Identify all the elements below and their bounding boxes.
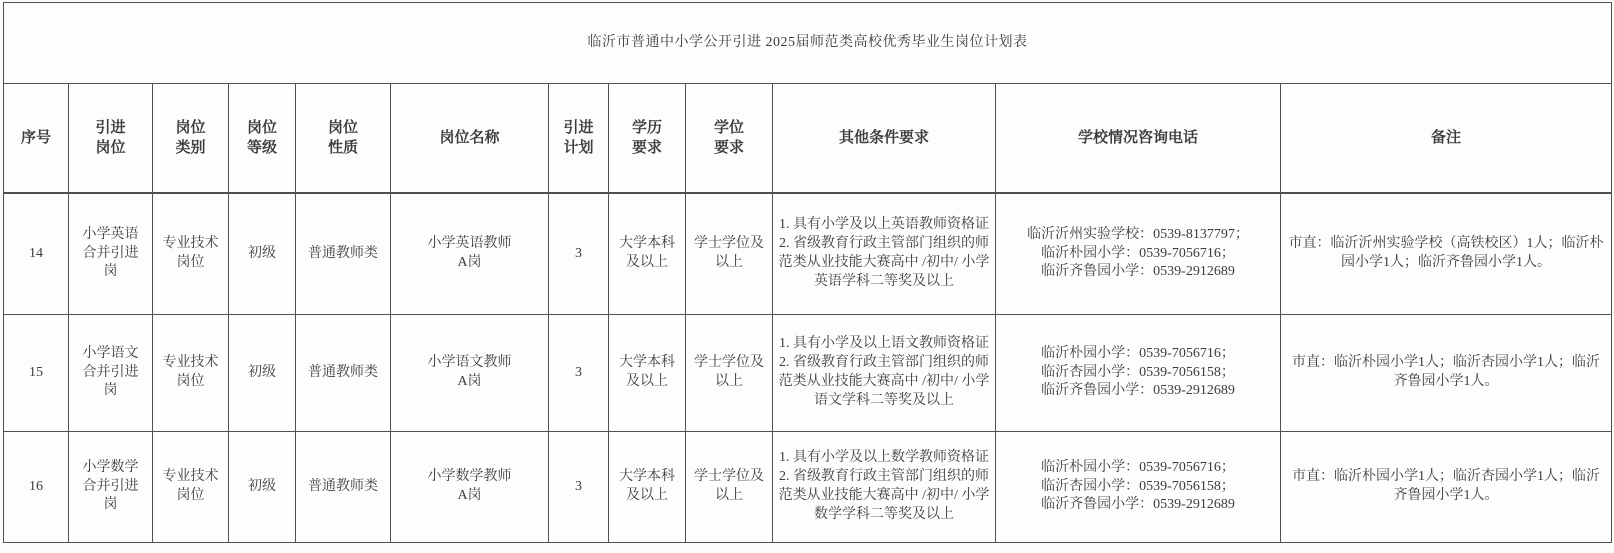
cell-education: 大学本科 及以上 — [609, 315, 686, 432]
cell-name: 小学语文教师 A岗 — [391, 315, 549, 432]
cell-no: 14 — [4, 193, 69, 315]
job-plan-table: 临沂市普通中小学公开引进 2025届师范类高校优秀毕业生岗位计划表 序号 引进 … — [3, 2, 1612, 543]
cell-no: 16 — [4, 432, 69, 543]
header-cell-name: 岗位名称 — [391, 84, 549, 194]
title-row: 临沂市普通中小学公开引进 2025届师范类高校优秀毕业生岗位计划表 — [4, 3, 1612, 84]
header-cell-other: 其他条件要求 — [773, 84, 996, 194]
cell-phone: 临沂朴园小学：0539-7056716； 临沂杏园小学：0539-7056158… — [996, 315, 1281, 432]
table-row: 15 小学语文 合并引进 岗 专业技术 岗位 初级 普通教师类 小学语文教师 A… — [4, 315, 1612, 432]
header-cell-category: 岗位 类别 — [153, 84, 229, 194]
cell-remark: 市直：临沂沂州实验学校（高铁校区）1人；临沂朴园小学1人；临沂齐鲁园小学1人。 — [1281, 193, 1612, 315]
cell-position: 小学语文 合并引进 岗 — [69, 315, 153, 432]
table-header-row: 序号 引进 岗位 岗位 类别 岗位 等级 岗位 性质 岗位名称 引进 计划 学历… — [4, 84, 1612, 194]
header-cell-no: 序号 — [4, 84, 69, 194]
cell-category: 专业技术 岗位 — [153, 315, 229, 432]
cell-remark: 市直：临沂朴园小学1人；临沂杏园小学1人；临沂齐鲁园小学1人。 — [1281, 432, 1612, 543]
cell-other-conditions: 1. 具有小学及以上语文教师资格证 2. 省级教育行政主管部门组织的师范类从业技… — [773, 315, 996, 432]
cell-phone: 临沂朴园小学：0539-7056716； 临沂杏园小学：0539-7056158… — [996, 432, 1281, 543]
cell-plan: 3 — [549, 193, 609, 315]
cell-plan: 3 — [549, 432, 609, 543]
cell-other-conditions: 1. 具有小学及以上英语教师资格证 2. 省级教育行政主管部门组织的师范类从业技… — [773, 193, 996, 315]
cell-level: 初级 — [229, 315, 296, 432]
cell-nature: 普通教师类 — [296, 193, 391, 315]
document-page: 临沂市普通中小学公开引进 2025届师范类高校优秀毕业生岗位计划表 序号 引进 … — [0, 0, 1614, 553]
cell-level: 初级 — [229, 432, 296, 543]
header-cell-level: 岗位 等级 — [229, 84, 296, 194]
cell-education: 大学本科 及以上 — [609, 193, 686, 315]
table-row: 16 小学数学 合并引进 岗 专业技术 岗位 初级 普通教师类 小学数学教师 A… — [4, 432, 1612, 543]
header-cell-education: 学历 要求 — [609, 84, 686, 194]
cell-category: 专业技术 岗位 — [153, 432, 229, 543]
cell-nature: 普通教师类 — [296, 315, 391, 432]
cell-degree: 学士学位及 以上 — [686, 193, 773, 315]
table-row: 14 小学英语 合并引进 岗 专业技术 岗位 初级 普通教师类 小学英语教师 A… — [4, 193, 1612, 315]
cell-plan: 3 — [549, 315, 609, 432]
cell-category: 专业技术 岗位 — [153, 193, 229, 315]
cell-nature: 普通教师类 — [296, 432, 391, 543]
cell-name: 小学英语教师 A岗 — [391, 193, 549, 315]
header-cell-degree: 学位 要求 — [686, 84, 773, 194]
header-cell-nature: 岗位 性质 — [296, 84, 391, 194]
cell-no: 15 — [4, 315, 69, 432]
cell-education: 大学本科 及以上 — [609, 432, 686, 543]
cell-level: 初级 — [229, 193, 296, 315]
header-cell-phone: 学校情况咨询电话 — [996, 84, 1281, 194]
cell-position: 小学英语 合并引进 岗 — [69, 193, 153, 315]
header-cell-plan: 引进 计划 — [549, 84, 609, 194]
cell-name: 小学数学教师 A岗 — [391, 432, 549, 543]
page-title: 临沂市普通中小学公开引进 2025届师范类高校优秀毕业生岗位计划表 — [4, 3, 1612, 84]
cell-other-conditions: 1. 具有小学及以上数学教师资格证 2. 省级教育行政主管部门组织的师范类从业技… — [773, 432, 996, 543]
cell-degree: 学士学位及 以上 — [686, 315, 773, 432]
cell-phone: 临沂沂州实验学校：0539-8137797； 临沂朴园小学：0539-70567… — [996, 193, 1281, 315]
cell-remark: 市直：临沂朴园小学1人；临沂杏园小学1人；临沂齐鲁园小学1人。 — [1281, 315, 1612, 432]
cell-position: 小学数学 合并引进 岗 — [69, 432, 153, 543]
header-cell-position: 引进 岗位 — [69, 84, 153, 194]
cell-degree: 学士学位及 以上 — [686, 432, 773, 543]
header-cell-remark: 备注 — [1281, 84, 1612, 194]
